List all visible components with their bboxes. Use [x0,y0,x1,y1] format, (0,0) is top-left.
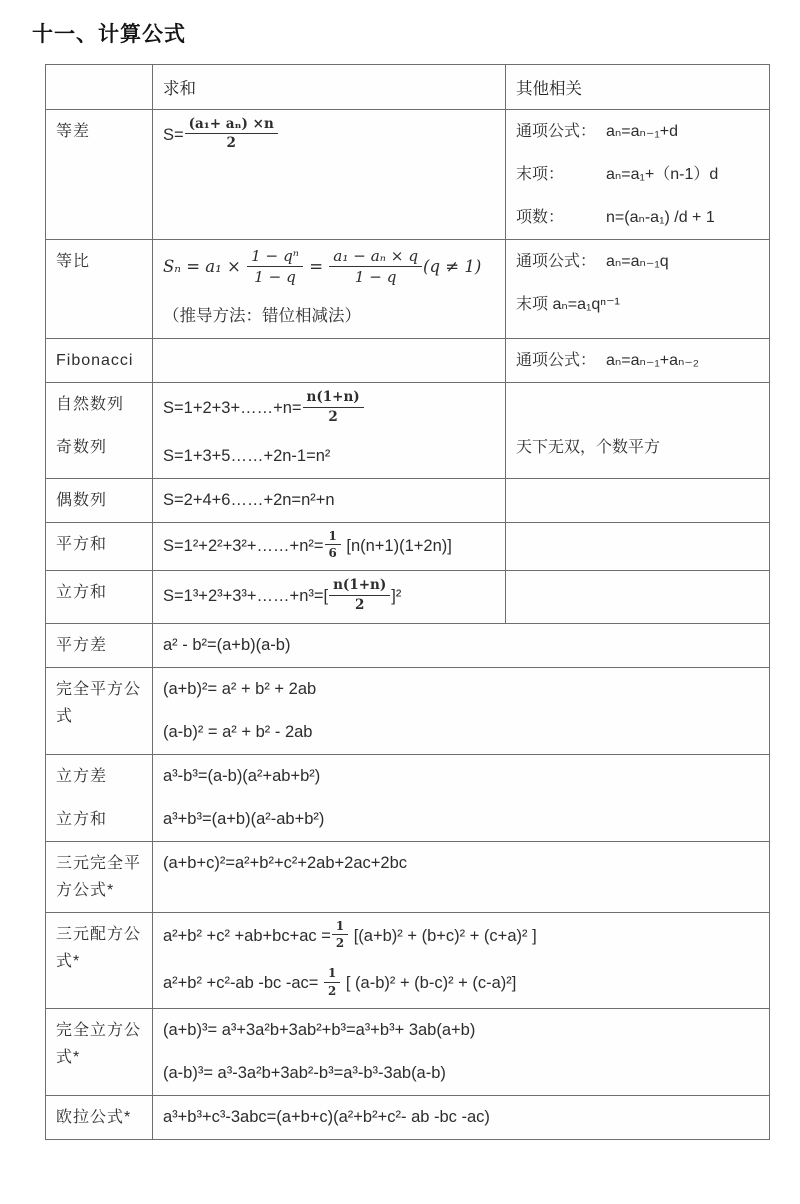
fraction: (a₁+ aₙ) ×n2 [185,116,278,151]
fraction: 12 [332,919,348,951]
formula-line: a²+b² +c²-ab -bc -ac= 12 [ (a-b)² + (b-c… [163,968,759,1000]
formula-line: S=1²+2²+3²+……+n²=16 [n(n+1)(1+2n)] [163,531,495,563]
fraction-numerator: a₁ − aₙ × q [329,247,422,267]
fraction-numerator: 1 − qⁿ [247,247,303,267]
formula-line: (a+b)³= a³+3a²b+3ab²+b³=a³+b³+ 3ab(a+b) [163,1017,759,1044]
formula-line: （推导方法：错位相减法） [163,303,495,330]
formula-line: (a-b)³= a³-3a²b+3ab²-b³=a³-b³-3ab(a-b) [163,1060,759,1087]
formula-text: (a+b+c)²=a²+b²+c²+2ab+2ac+2bc [163,854,407,872]
table-header-row: 求和其他相关 [46,65,770,110]
fraction: 16 [325,529,341,561]
other-line: 通项公式：aₙ=aₙ₋₁+aₙ₋₂ [516,347,759,374]
table-row: 平方差a² - b²=(a+b)(a-b) [46,623,770,667]
row-label: 欧拉公式* [56,1104,142,1131]
formula-line: a³-b³=(a-b)(a²+ab+b²) [163,763,759,790]
table-row: Fibonacci通项公式：aₙ=aₙ₋₁+aₙ₋₂ [46,339,770,383]
other-line: 末项：aₙ=a₁+（n-1）d [516,161,759,188]
fraction-numerator: (a₁+ aₙ) ×n [185,116,278,134]
other-line: 通项公式：aₙ=aₙ₋₁+d [516,118,759,145]
sum-formula-cell: a² - b²=(a+b)(a-b) [153,623,770,667]
formula-text: a² - b²=(a+b)(a-b) [163,636,290,654]
formula-line: S=1³+2³+3³+……+n³=[n(1+n)2]² [163,579,495,614]
formula-text: = [304,257,328,276]
formula-text: S=2+4+6……+2n=n²+n [163,491,335,509]
other-line: 天下无双，个数平方 [516,434,759,461]
row-label: 立方和 [56,579,142,606]
formula-text: S= [163,126,184,144]
other-related-cell [506,522,770,571]
row-label-cell: 完全平方公式 [46,667,153,754]
formula-text: (a-b)³= a³-3a²b+3ab²-b³=a³-b³-3ab(a-b) [163,1064,446,1082]
row-label: 三元完全平方公式* [56,850,142,904]
formula-line: Sₙ = a₁ × 1 − qⁿ1 − q = a₁ − aₙ × q1 − q… [163,248,495,287]
formula-text: a²+b² +c²-ab -bc -ac= [163,974,323,992]
sum-formula-cell: S=(a₁+ aₙ) ×n2 [153,110,506,240]
other-line-formula: aₙ=aₙ₋₁+d [606,123,678,140]
table-row: 欧拉公式*a³+b³+c³-3abc=(a+b+c)(a²+b²+c²- ab … [46,1095,770,1139]
other-related-cell [506,571,770,623]
other-line: 通项公式：aₙ=aₙ₋₁q [516,248,759,275]
sum-formula-cell: a³-b³=(a-b)(a²+ab+b²)a³+b³=(a+b)(a²-ab+b… [153,754,770,841]
formula-text: [n(n+1)(1+2n)] [342,537,452,555]
fraction-numerator: n(1+n) [329,577,390,595]
formula-text: (a-b)² = a² + b² - 2ab [163,723,312,741]
sum-formula-cell [153,339,506,383]
formula-table-body: 求和其他相关等差S=(a₁+ aₙ) ×n2通项公式：aₙ=aₙ₋₁+d末项：a… [46,65,770,1140]
table-row: 等比Sₙ = a₁ × 1 − qⁿ1 − q = a₁ − aₙ × q1 −… [46,240,770,339]
row-label-cell: 平方差 [46,623,153,667]
formula-line: (a+b+c)²=a²+b²+c²+2ab+2ac+2bc [163,850,759,877]
formula-line: S=1+2+3+……+n=n(1+n)2 [163,391,495,426]
formula-line: S=(a₁+ aₙ) ×n2 [163,118,495,153]
page-title: 十一、计算公式 [32,18,772,48]
document-page: 十一、计算公式 求和其他相关等差S=(a₁+ aₙ) ×n2通项公式：aₙ=aₙ… [0,0,800,1158]
fraction-numerator: 1 [325,529,341,545]
formula-text: (q ≠ 1) [423,257,481,276]
other-line-label: 末项： [516,161,606,188]
sum-formula-cell: S=1³+2³+3³+……+n³=[n(1+n)2]² [153,571,506,623]
row-label: 偶数列 [56,487,142,514]
row-label: 平方和 [56,531,142,558]
row-label-cell: 等比 [46,240,153,339]
fraction-numerator: 1 [324,966,340,982]
row-label: 立方和 [56,806,142,833]
other-line: 末项 aₙ=a₁qⁿ⁻¹ [516,291,759,318]
sum-formula-cell: (a+b)²= a² + b² + 2ab(a-b)² = a² + b² - … [153,667,770,754]
formula-line: (a-b)² = a² + b² - 2ab [163,719,759,746]
sum-formula-cell: S=2+4+6……+2n=n²+n [153,478,506,522]
other-line: 项数：n=(aₙ-a₁) /d + 1 [516,204,759,231]
formula-text: S=1+2+3+……+n= [163,400,302,418]
formula-text: (a+b)²= a² + b² + 2ab [163,680,316,698]
sum-formula-cell: (a+b+c)²=a²+b²+c²+2ab+2ac+2bc [153,841,770,912]
fraction: 1 − qⁿ1 − q [247,247,303,286]
formula-text: (a+b)³= a³+3a²b+3ab²+b³=a³+b³+ 3ab(a+b) [163,1021,475,1039]
table-row: 自然数列奇数列S=1+2+3+……+n=n(1+n)2S=1+3+5……+2n-… [46,383,770,478]
sum-formula-cell: (a+b)³= a³+3a²b+3ab²+b³=a³+b³+ 3ab(a+b)(… [153,1008,770,1095]
formula-line: a³+b³+c³-3abc=(a+b+c)(a²+b²+c²- ab -bc -… [163,1104,759,1131]
header-cell-0 [46,65,153,110]
fraction-denominator: 1 − q [247,267,303,286]
row-label-cell: 完全立方公式* [46,1008,153,1095]
table-row: 完全平方公式(a+b)²= a² + b² + 2ab(a-b)² = a² +… [46,667,770,754]
formula-line: S=2+4+6……+2n=n²+n [163,487,495,514]
row-label: 等差 [56,118,142,145]
row-label-cell: 立方和 [46,571,153,623]
other-line-label: 通项公式： [516,118,606,145]
row-label: 完全平方公式 [56,676,142,730]
fraction-denominator: 2 [329,596,390,613]
row-label-cell: 立方差立方和 [46,754,153,841]
table-row: 平方和S=1²+2²+3²+……+n²=16 [n(n+1)(1+2n)] [46,522,770,571]
row-label: 等比 [56,248,142,275]
fraction-denominator: 2 [324,983,340,998]
formula-text: Sₙ = a₁ × [163,257,246,276]
formula-text: ]² [391,588,401,606]
formula-text: S=1+3+5……+2n-1=n² [163,447,330,465]
row-label-cell: 自然数列奇数列 [46,383,153,478]
fraction-denominator: 2 [332,935,348,950]
formula-text: [(a+b)² + (b+c)² + (c+a)² ] [349,927,537,945]
formula-line: a³+b³=(a+b)(a²-ab+b²) [163,806,759,833]
header-cell-1: 求和 [153,65,506,110]
other-line-formula: aₙ=a₁+（n-1）d [606,166,718,183]
table-row: 偶数列S=2+4+6……+2n=n²+n [46,478,770,522]
row-label-cell: 三元完全平方公式* [46,841,153,912]
fraction-denominator: 2 [185,134,278,151]
fraction: a₁ − aₙ × q1 − q [329,247,422,286]
fraction-denominator: 6 [325,545,341,560]
sum-formula-cell: S=1+2+3+……+n=n(1+n)2S=1+3+5……+2n-1=n² [153,383,506,478]
fraction-numerator: n(1+n) [303,389,364,407]
row-label: 立方差 [56,763,142,790]
fraction: 12 [324,966,340,998]
row-label-cell: 偶数列 [46,478,153,522]
other-related-cell [506,478,770,522]
other-line-label: 通项公式： [516,248,606,275]
other-line-formula: n=(aₙ-a₁) /d + 1 [606,209,715,226]
formula-line: a²+b² +c² +ab+bc+ac =12 [(a+b)² + (b+c)²… [163,921,759,953]
table-row: 等差S=(a₁+ aₙ) ×n2通项公式：aₙ=aₙ₋₁+d末项：aₙ=a₁+（… [46,110,770,240]
table-row: 三元完全平方公式*(a+b+c)²=a²+b²+c²+2ab+2ac+2bc [46,841,770,912]
table-row: 完全立方公式*(a+b)³= a³+3a²b+3ab²+b³=a³+b³+ 3a… [46,1008,770,1095]
sum-formula-cell: Sₙ = a₁ × 1 − qⁿ1 − q = a₁ − aₙ × q1 − q… [153,240,506,339]
table-row: 立方和S=1³+2³+3³+……+n³=[n(1+n)2]² [46,571,770,623]
row-label-cell: 三元配方公式* [46,912,153,1008]
formula-text: a³+b³=(a+b)(a²-ab+b²) [163,810,324,828]
formula-text: a³-b³=(a-b)(a²+ab+b²) [163,767,320,785]
other-related-cell: 通项公式：aₙ=aₙ₋₁+aₙ₋₂ [506,339,770,383]
header-cell-2: 其他相关 [506,65,770,110]
fraction: n(1+n)2 [303,389,364,424]
row-label: Fibonacci [56,347,142,374]
row-label-cell: 平方和 [46,522,153,571]
fraction-denominator: 2 [303,408,364,425]
other-line-formula: aₙ=aₙ₋₁q [606,253,669,270]
row-label-cell: Fibonacci [46,339,153,383]
sum-formula-cell: a²+b² +c² +ab+bc+ac =12 [(a+b)² + (b+c)²… [153,912,770,1008]
table-row: 立方差立方和a³-b³=(a-b)(a²+ab+b²)a³+b³=(a+b)(a… [46,754,770,841]
row-label: 平方差 [56,632,142,659]
formula-line: a² - b²=(a+b)(a-b) [163,632,759,659]
other-related-cell: 天下无双，个数平方 [506,383,770,478]
row-label: 奇数列 [56,434,142,461]
formula-text: a³+b³+c³-3abc=(a+b+c)(a²+b²+c²- ab -bc -… [163,1108,490,1126]
other-line-formula: aₙ=aₙ₋₁+aₙ₋₂ [606,352,699,369]
other-related-cell: 通项公式：aₙ=aₙ₋₁q末项 aₙ=a₁qⁿ⁻¹ [506,240,770,339]
table-row: 三元配方公式*a²+b² +c² +ab+bc+ac =12 [(a+b)² +… [46,912,770,1008]
row-label-cell: 等差 [46,110,153,240]
other-line-label: 通项公式： [516,347,606,374]
fraction-denominator: 1 − q [329,267,422,286]
row-label: 完全立方公式* [56,1017,142,1071]
row-label-cell: 欧拉公式* [46,1095,153,1139]
other-line-label: 项数： [516,204,606,231]
formula-line: (a+b)²= a² + b² + 2ab [163,676,759,703]
row-label: 三元配方公式* [56,921,142,975]
formula-line: S=1+3+5……+2n-1=n² [163,443,495,470]
formula-text: （推导方法：错位相减法） [163,307,361,325]
other-related-cell: 通项公式：aₙ=aₙ₋₁+d末项：aₙ=a₁+（n-1）d项数：n=(aₙ-a₁… [506,110,770,240]
fraction-numerator: 1 [332,919,348,935]
formula-text: a²+b² +c² +ab+bc+ac = [163,927,331,945]
formula-text: S=1²+2²+3²+……+n²= [163,537,324,555]
sum-formula-cell: a³+b³+c³-3abc=(a+b+c)(a²+b²+c²- ab -bc -… [153,1095,770,1139]
formula-text: S=1³+2³+3³+……+n³=[ [163,588,328,606]
formula-table: 求和其他相关等差S=(a₁+ aₙ) ×n2通项公式：aₙ=aₙ₋₁+d末项：a… [45,64,770,1140]
fraction: n(1+n)2 [329,577,390,612]
row-label: 自然数列 [56,391,142,418]
formula-text: [ (a-b)² + (b-c)² + (c-a)²] [341,974,516,992]
sum-formula-cell: S=1²+2²+3²+……+n²=16 [n(n+1)(1+2n)] [153,522,506,571]
